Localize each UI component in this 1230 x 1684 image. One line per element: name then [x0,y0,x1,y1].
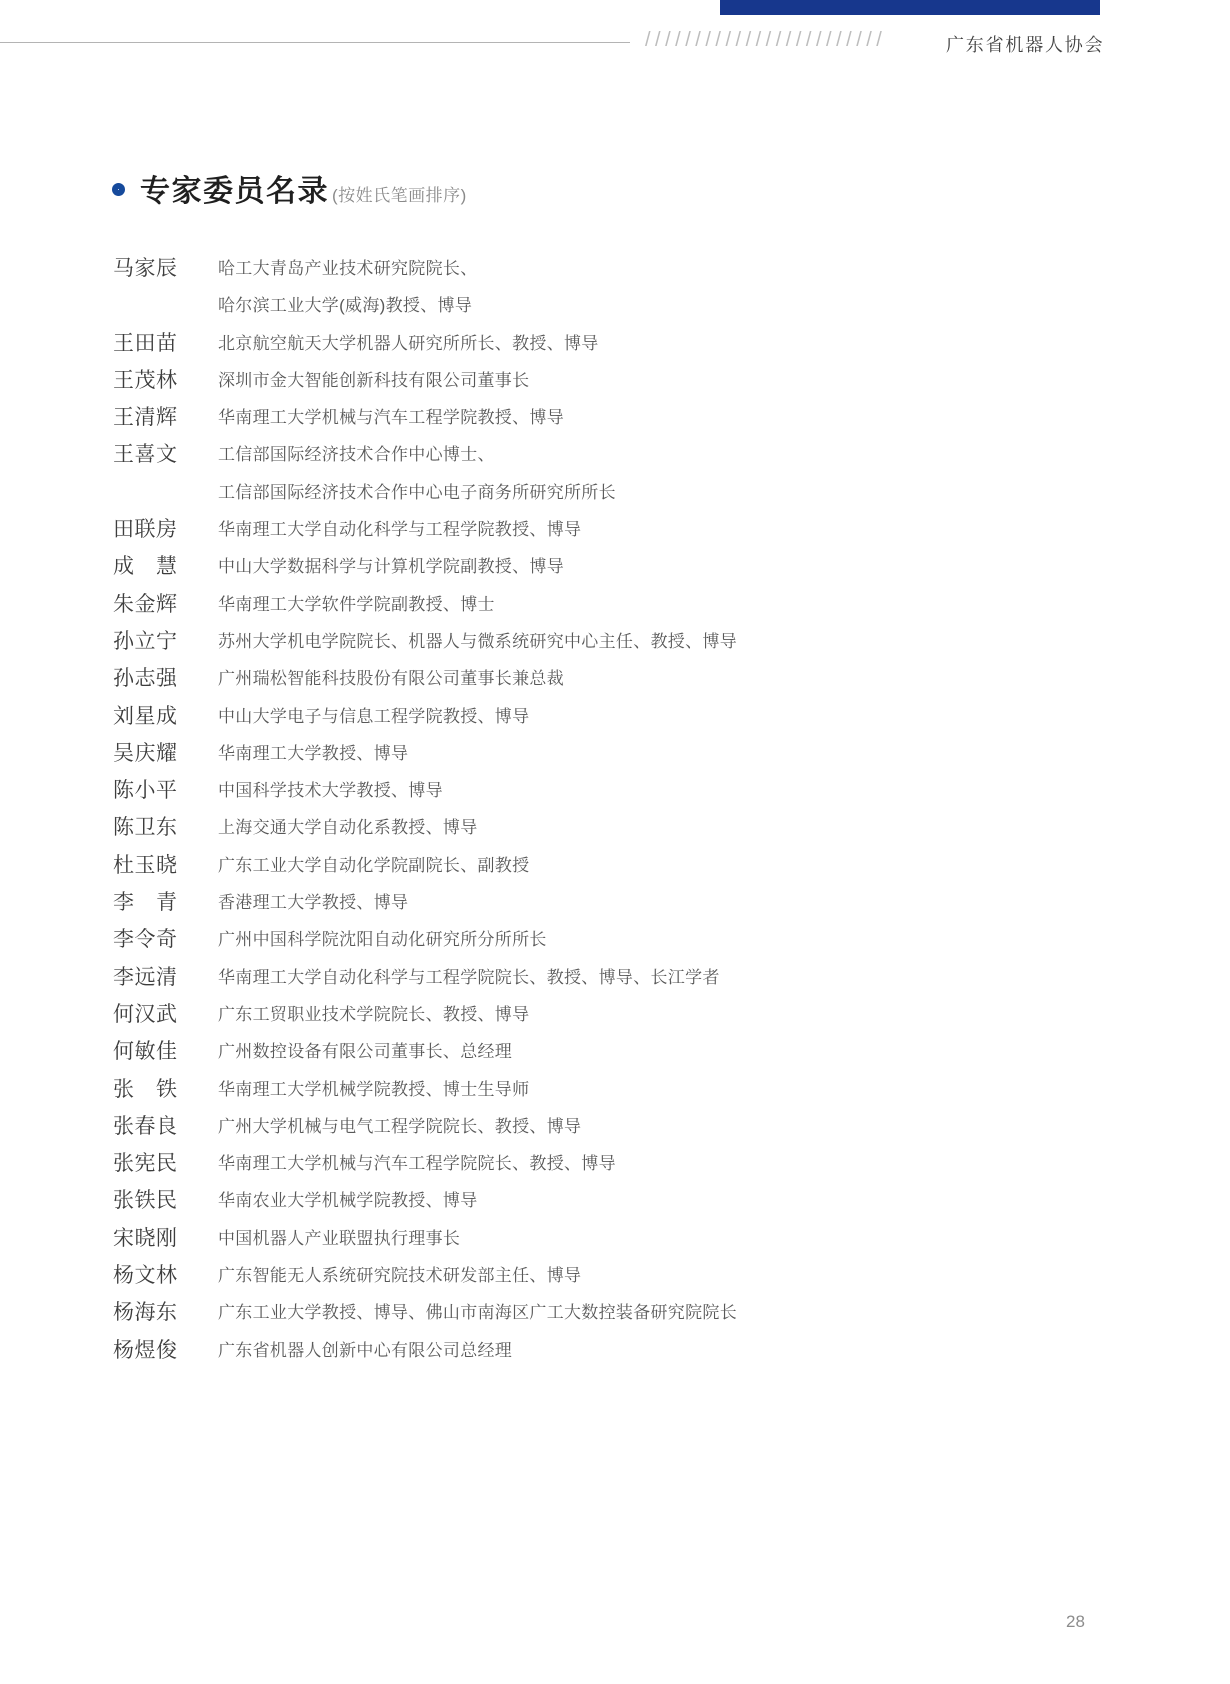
member-row: 宋晓刚 中国机器人产业联盟执行理事长 [113,1220,1133,1257]
member-row: 马家辰 哈工大青岛产业技术研究院院长、哈尔滨工业大学(威海)教授、博导 [113,250,1133,325]
member-roles: 华南理工大学教授、博导 [218,735,408,772]
member-name: 孙志强 [113,660,183,697]
member-role: 工信部国际经济技术合作中心电子商务所研究所所长 [218,474,616,511]
member-roles: 广东工业大学自动化学院副院长、副教授 [218,847,529,884]
member-role: 中山大学电子与信息工程学院教授、博导 [218,698,529,735]
member-row: 陈卫东 上海交通大学自动化系教授、博导 [113,809,1133,846]
member-name: 王茂林 [113,362,183,399]
member-name: 吴庆耀 [113,735,183,772]
member-name: 张铁民 [113,1182,183,1219]
member-role: 广州大学机械与电气工程学院院长、教授、博导 [218,1108,581,1145]
slash-decoration-icon: //////////////////////// [645,29,886,52]
member-role: 广东智能无人系统研究院技术研发部主任、博导 [218,1257,581,1294]
member-role: 中国机器人产业联盟执行理事长 [218,1220,460,1257]
member-role: 深圳市金大智能创新科技有限公司董事长 [218,362,529,399]
member-role: 香港理工大学教授、博导 [218,884,408,921]
member-role: 广州瑞松智能科技股份有限公司董事长兼总裁 [218,660,564,697]
member-roles: 北京航空航天大学机器人研究所所长、教授、博导 [218,325,599,362]
member-roles: 深圳市金大智能创新科技有限公司董事长 [218,362,529,399]
member-row: 张铁民 华南农业大学机械学院教授、博导 [113,1182,1133,1219]
member-roles: 广州数控设备有限公司董事长、总经理 [218,1033,512,1070]
member-role: 华南理工大学机械与汽车工程学院院长、教授、博导 [218,1145,616,1182]
member-row: 李远清 华南理工大学自动化科学与工程学院院长、教授、博导、长江学者 [113,959,1133,996]
member-row: 何汉武 广东工贸职业技术学院院长、教授、博导 [113,996,1133,1033]
member-name: 朱金辉 [113,586,183,623]
member-role: 华南理工大学机械与汽车工程学院教授、博导 [218,399,564,436]
member-roles: 华南理工大学机械学院教授、博士生导师 [218,1071,529,1108]
member-row: 吴庆耀 华南理工大学教授、博导 [113,735,1133,772]
member-name: 王田苗 [113,325,183,362]
member-role: 上海交通大学自动化系教授、博导 [218,809,478,846]
member-role: 广东工贸职业技术学院院长、教授、博导 [218,996,529,1033]
member-row: 成 慧 中山大学数据科学与计算机学院副教授、博导 [113,548,1133,585]
member-name: 杜玉晓 [113,847,183,884]
member-roles: 华南农业大学机械学院教授、博导 [218,1182,478,1219]
member-list: 马家辰 哈工大青岛产业技术研究院院长、哈尔滨工业大学(威海)教授、博导 王田苗 … [113,250,1133,1369]
member-row: 李令奇 广州中国科学院沈阳自动化研究所分所所长 [113,921,1133,958]
header-accent-bar [720,0,1100,15]
member-row: 田联房 华南理工大学自动化科学与工程学院教授、博导 [113,511,1133,548]
member-roles: 广州大学机械与电气工程学院院长、教授、博导 [218,1108,581,1145]
member-role: 华南理工大学自动化科学与工程学院教授、博导 [218,511,581,548]
member-name: 宋晓刚 [113,1220,183,1257]
member-name: 陈小平 [113,772,183,809]
member-role: 中山大学数据科学与计算机学院副教授、博导 [218,548,564,585]
member-roles: 华南理工大学自动化科学与工程学院院长、教授、博导、长江学者 [218,959,720,996]
member-roles: 华南理工大学机械与汽车工程学院院长、教授、博导 [218,1145,616,1182]
member-name: 杨文林 [113,1257,183,1294]
member-roles: 哈工大青岛产业技术研究院院长、哈尔滨工业大学(威海)教授、博导 [218,250,478,325]
member-row: 杜玉晓 广东工业大学自动化学院副院长、副教授 [113,847,1133,884]
member-role: 华南理工大学教授、博导 [218,735,408,772]
member-row: 王清辉 华南理工大学机械与汽车工程学院教授、博导 [113,399,1133,436]
member-name: 何敏佳 [113,1033,183,1070]
member-name: 成 慧 [113,548,183,585]
member-name: 杨煜俊 [113,1332,183,1369]
member-name: 何汉武 [113,996,183,1033]
member-name: 马家辰 [113,250,183,287]
member-roles: 工信部国际经济技术合作中心博士、工信部国际经济技术合作中心电子商务所研究所所长 [218,436,616,511]
member-role: 哈工大青岛产业技术研究院院长、 [218,250,478,287]
member-row: 张宪民 华南理工大学机械与汽车工程学院院长、教授、博导 [113,1145,1133,1182]
member-roles: 华南理工大学自动化科学与工程学院教授、博导 [218,511,581,548]
member-name: 杨海东 [113,1294,183,1331]
member-row: 孙立宁 苏州大学机电学院院长、机器人与微系统研究中心主任、教授、博导 [113,623,1133,660]
member-roles: 华南理工大学软件学院副教授、博士 [218,586,495,623]
member-roles: 广东工业大学教授、博导、佛山市南海区广工大数控装备研究院院长 [218,1294,737,1331]
member-name: 王清辉 [113,399,183,436]
member-row: 陈小平 中国科学技术大学教授、博导 [113,772,1133,809]
member-role: 中国科学技术大学教授、博导 [218,772,443,809]
member-name: 李远清 [113,959,183,996]
member-name: 孙立宁 [113,623,183,660]
member-row: 张 铁 华南理工大学机械学院教授、博士生导师 [113,1071,1133,1108]
member-row: 李 青 香港理工大学教授、博导 [113,884,1133,921]
member-role: 广东省机器人创新中心有限公司总经理 [218,1332,512,1369]
member-name: 张宪民 [113,1145,183,1182]
section-title-row: 专家委员名录 (按姓氏笔画排序) [112,166,467,210]
member-row: 杨煜俊 广东省机器人创新中心有限公司总经理 [113,1332,1133,1369]
member-roles: 苏州大学机电学院院长、机器人与微系统研究中心主任、教授、博导 [218,623,737,660]
header-divider [0,42,630,43]
member-role: 华南理工大学自动化科学与工程学院院长、教授、博导、长江学者 [218,959,720,996]
member-roles: 上海交通大学自动化系教授、博导 [218,809,478,846]
member-row: 孙志强 广州瑞松智能科技股份有限公司董事长兼总裁 [113,660,1133,697]
member-role: 北京航空航天大学机器人研究所所长、教授、博导 [218,325,599,362]
member-roles: 广东省机器人创新中心有限公司总经理 [218,1332,512,1369]
member-name: 陈卫东 [113,809,183,846]
member-role: 工信部国际经济技术合作中心博士、 [218,436,616,473]
member-role: 广州中国科学院沈阳自动化研究所分所所长 [218,921,547,958]
member-roles: 广州中国科学院沈阳自动化研究所分所所长 [218,921,547,958]
member-roles: 中国机器人产业联盟执行理事长 [218,1220,460,1257]
member-role: 广东工业大学自动化学院副院长、副教授 [218,847,529,884]
member-roles: 广东智能无人系统研究院技术研发部主任、博导 [218,1257,581,1294]
member-row: 杨海东 广东工业大学教授、博导、佛山市南海区广工大数控装备研究院院长 [113,1294,1133,1331]
member-name: 张春良 [113,1108,183,1145]
member-row: 朱金辉 华南理工大学软件学院副教授、博士 [113,586,1133,623]
member-roles: 中山大学数据科学与计算机学院副教授、博导 [218,548,564,585]
member-row: 王茂林 深圳市金大智能创新科技有限公司董事长 [113,362,1133,399]
member-roles: 广东工贸职业技术学院院长、教授、博导 [218,996,529,1033]
member-roles: 华南理工大学机械与汽车工程学院教授、博导 [218,399,564,436]
member-roles: 广州瑞松智能科技股份有限公司董事长兼总裁 [218,660,564,697]
section-subtitle: (按姓氏笔画排序) [332,181,467,206]
org-name: 广东省机器人协会 [946,31,1104,57]
member-row: 何敏佳 广州数控设备有限公司董事长、总经理 [113,1033,1133,1070]
member-name: 田联房 [113,511,183,548]
member-row: 王喜文 工信部国际经济技术合作中心博士、工信部国际经济技术合作中心电子商务所研究… [113,436,1133,511]
member-role: 广州数控设备有限公司董事长、总经理 [218,1033,512,1070]
member-role: 华南农业大学机械学院教授、博导 [218,1182,478,1219]
member-row: 张春良 广州大学机械与电气工程学院院长、教授、博导 [113,1108,1133,1145]
page-number: 28 [1066,1612,1085,1632]
member-roles: 香港理工大学教授、博导 [218,884,408,921]
member-name: 张 铁 [113,1071,183,1108]
member-role: 哈尔滨工业大学(威海)教授、博导 [218,287,478,324]
member-role: 华南理工大学软件学院副教授、博士 [218,586,495,623]
member-role: 广东工业大学教授、博导、佛山市南海区广工大数控装备研究院院长 [218,1294,737,1331]
member-name: 李 青 [113,884,183,921]
member-name: 王喜文 [113,436,183,473]
member-role: 华南理工大学机械学院教授、博士生导师 [218,1071,529,1108]
bullet-ring-icon [112,183,125,196]
member-row: 杨文林 广东智能无人系统研究院技术研发部主任、博导 [113,1257,1133,1294]
member-name: 刘星成 [113,698,183,735]
member-role: 苏州大学机电学院院长、机器人与微系统研究中心主任、教授、博导 [218,623,737,660]
member-roles: 中国科学技术大学教授、博导 [218,772,443,809]
member-roles: 中山大学电子与信息工程学院教授、博导 [218,698,529,735]
member-row: 刘星成 中山大学电子与信息工程学院教授、博导 [113,698,1133,735]
member-row: 王田苗 北京航空航天大学机器人研究所所长、教授、博导 [113,325,1133,362]
section-title: 专家委员名录 [140,166,329,210]
member-name: 李令奇 [113,921,183,958]
